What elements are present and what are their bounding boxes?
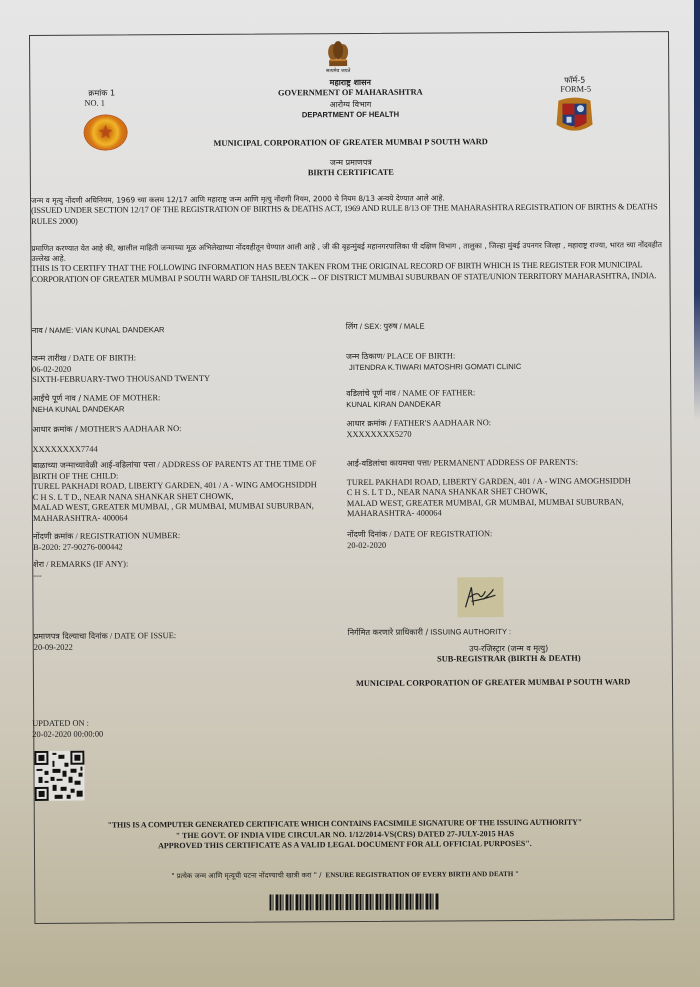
- field-registration-number: नोंदणी क्रमांक / REGISTRATION NUMBER: B-…: [33, 531, 180, 553]
- dept-title: DEPARTMENT OF HEALTH: [230, 109, 470, 121]
- mother-name-value: NEHA KUNAL DANDEKAR: [32, 404, 160, 415]
- serial-label: NO. 1: [84, 99, 105, 110]
- dob-words: SIXTH-FEBRUARY-TWO THOUSAND TWENTY: [32, 374, 210, 386]
- issuing-authority: निर्गमित करणारे प्राधिकारी / ISSUING AUT…: [348, 627, 512, 638]
- remarks-value: ---: [33, 570, 128, 581]
- father-aadhaar-value: XXXXXXXX5270: [346, 429, 491, 440]
- date-of-issue-value: 20-09-2022: [34, 642, 177, 653]
- mcgm-crest-icon: [552, 95, 596, 135]
- field-father-aadhaar: आधार क्रमांक / FATHER'S AADHAAR NO: XXXX…: [346, 418, 491, 440]
- field-address-at-birth: बाळाच्या जन्माच्यावेळी आई-वडिलांचा पत्ता…: [33, 459, 343, 524]
- registration-number-value: B-2020: 27-90276-000442: [33, 542, 180, 553]
- designation-marathi: उप-रजिस्ट्रार (जन्म व मृत्यु): [434, 643, 584, 655]
- mother-aadhaar-value: XXXXXXXX7744: [33, 444, 182, 455]
- address-at-birth-lines: TUREL PAKHADI ROAD, LIBERTY GARDEN, 401 …: [33, 480, 343, 524]
- sex-value: / MALE: [400, 322, 425, 331]
- address-line: MAHARASHTRA- 400064: [33, 512, 343, 524]
- registration-date-value: 20-02-2020: [347, 540, 492, 551]
- permanent-address-lines: TUREL PAKHADI ROAD, LIBERTY GARDEN, 401 …: [347, 476, 665, 520]
- field-sex: लिंग / SEX: पुरुष / MALE: [346, 322, 425, 333]
- field-place-of-birth: जन्म ठिकाण/ PLACE OF BIRTH: JITENDRA K.T…: [346, 351, 521, 373]
- field-date-of-birth: जन्म तारीख / DATE OF BIRTH: 06-02-2020 S…: [32, 353, 210, 386]
- address-line: MALAD WEST, GREATER MUMBAI, GR MUMBAI, M…: [347, 497, 665, 509]
- footer-notes: "THIS IS A COMPUTER GENERATED CERTIFICAT…: [45, 817, 645, 852]
- field-registration-date: नोंदणी दिनांक / DATE OF REGISTRATION: 20…: [347, 529, 492, 551]
- address-line: MAHARASHTRA- 400064: [347, 507, 665, 519]
- certificate-title: BIRTH CERTIFICATE: [231, 167, 471, 179]
- updated-on-value: 20-02-2020 00:00:00: [32, 729, 103, 740]
- address-line: TUREL PAKHADI ROAD, LIBERTY GARDEN, 401 …: [33, 480, 343, 492]
- place-of-birth-value: JITENDRA K.TIWARI MATOSHRI GOMATI CLINIC: [346, 361, 521, 373]
- background-edge: [694, 0, 700, 420]
- field-father-name: वडिलांचे पूर्ण नाव / NAME OF FATHER: KUN…: [346, 388, 475, 410]
- field-mother-name: आईचे पूर्ण नाव / NAME OF MOTHER: NEHA KU…: [32, 393, 160, 415]
- qr-code-icon: [34, 751, 84, 801]
- signature-image: [457, 577, 503, 617]
- preamble-issued: जन्म व मृत्यु नोंदणी अधिनियम, 1969 च्या …: [31, 192, 663, 227]
- emblem-motto: सत्यमेव जयते: [306, 68, 370, 74]
- barcode: [269, 894, 439, 911]
- corporation-title: MUNICIPAL CORPORATION OF GREATER MUMBAI …: [91, 136, 611, 150]
- field-permanent-address: आई-वडिलांचा कायमचा पत्ता/ PERMANENT ADDR…: [347, 457, 665, 519]
- designation: SUB-REGISTRAR (BIRTH & DEATH): [434, 654, 584, 665]
- serial-label-marathi: क्रमांक 1: [88, 87, 115, 98]
- updated-on: UPDATED ON : 20-02-2020 00:00:00: [32, 719, 103, 740]
- issuing-office: MUNICIPAL CORPORATION OF GREATER MUMBAI …: [356, 677, 630, 689]
- child-name: VIAN KUNAL DANDEKAR: [75, 325, 164, 335]
- ashoka-emblem-icon: [326, 40, 350, 68]
- footer-slogan: " प्रत्येक जन्म आणि मृत्यूची घटना नोंदण्…: [45, 862, 645, 884]
- field-mother-aadhaar: आधार क्रमांक / MOTHER'S AADHAAR NO: XXXX…: [32, 424, 181, 455]
- field-remarks: शेरा / REMARKS (IF ANY): ---: [33, 559, 128, 581]
- field-date-of-issue: प्रमाणपत्र दिल्याचा दिनांक / DATE OF ISS…: [34, 631, 177, 653]
- preamble-certify: प्रमाणित करण्यात येत आहे की, खालील माहित…: [31, 240, 663, 285]
- address-line: MALAD WEST, GREATER MUMBAI, , GR MUMBAI,…: [33, 501, 343, 513]
- certificate-sheet: सत्यमेव जयते क्रमांक 1 NO. 1 फॉर्म-5 FOR…: [29, 31, 674, 924]
- field-name: नाव / NAME: VIAN KUNAL DANDEKAR: [32, 325, 165, 336]
- father-name-value: KUNAL KIRAN DANDEKAR: [346, 399, 475, 410]
